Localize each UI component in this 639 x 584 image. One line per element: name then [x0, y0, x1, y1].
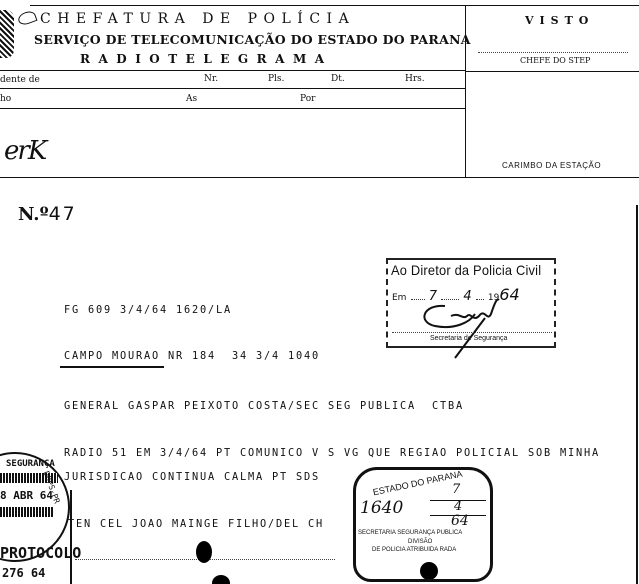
- nr-label: Nr.: [204, 74, 218, 84]
- message-origin: CAMPO MOURAO NR 184 34 3/4 1040: [64, 350, 320, 362]
- left-stamp-number: 276 64: [2, 566, 45, 580]
- coat-of-arms-icon: [0, 10, 14, 58]
- number-label: N.º: [18, 204, 49, 225]
- punch-hole-icon: [196, 541, 212, 563]
- carimbo-label: CARIMBO DA ESTAÇÃO: [502, 161, 601, 170]
- signature-line: [478, 52, 628, 53]
- stamp-sign-line: [392, 332, 552, 333]
- left-stamp-label: PROTOCOLO: [0, 544, 81, 562]
- hrs-label: Hrs.: [405, 74, 425, 84]
- seal-month: 4: [454, 499, 462, 514]
- seal-year: 64: [451, 513, 469, 529]
- header-title: RADIOTELEGRAMA: [80, 52, 333, 66]
- seal-line2: DIVISÃO: [408, 539, 432, 545]
- visto-divider: [465, 71, 639, 72]
- sender-label: dente de: [0, 75, 40, 85]
- routing-stamp-title: Ao Diretor da Policia Civil: [391, 262, 541, 278]
- as-label: As: [186, 94, 197, 104]
- por-label: Por: [300, 94, 315, 104]
- dt-label: Dt.: [331, 74, 345, 84]
- signature-scribble-icon: [415, 292, 510, 362]
- message-number: N.º47: [18, 203, 77, 225]
- message-body-line1: RADIO 51 EM 3/4/64 PT COMUNICO V S VG QU…: [64, 447, 600, 459]
- handwritten-initials: erK: [4, 136, 45, 166]
- origin-underline: [60, 366, 164, 368]
- message-addressee: GENERAL GASPAR PEIXOTO COSTA/SEC SEG PUB…: [64, 400, 464, 412]
- laurel-icon: [16, 9, 37, 26]
- number-value: 47: [49, 203, 77, 225]
- field-divider-2: [0, 108, 465, 109]
- message-signature: TEN CEL JOAO MAINGE FILHO/DEL CH: [68, 518, 324, 530]
- left-stamp-date: 8 ABR 64: [0, 489, 53, 502]
- right-page-border: [636, 205, 638, 584]
- seal-line3: DE POLICIA ATRIBUIDA RADA: [372, 547, 456, 553]
- punch-hole-icon: [212, 575, 230, 584]
- routing-stamp-footer: Secretaria de Segurança: [430, 335, 507, 342]
- seal-day: 7: [452, 482, 460, 497]
- message-body-line2: JURISDICAO CONTINUA CALMA PT SDS: [64, 471, 320, 483]
- header-divider: [0, 70, 465, 71]
- left-stamp-pattern-2: [0, 507, 54, 517]
- left-stamp-border: [70, 490, 72, 584]
- date-prefix: Em: [392, 293, 406, 303]
- seal-line1: SECRETARIA SEGURANÇA PUBLICA: [358, 530, 462, 536]
- header-line1: CHEFATURA DE POLÍCIA: [40, 11, 355, 27]
- message-reference: FG 609 3/4/64 1620/LA: [64, 304, 232, 316]
- to-label: ho: [0, 94, 11, 104]
- chefe-label: CHEFE DO STEP: [520, 56, 590, 65]
- top-border: [30, 5, 639, 6]
- visto-title: VISTO: [525, 14, 594, 27]
- header-line2: SERVIÇO DE TELECOMUNICAÇÃO DO ESTADO DO …: [34, 32, 471, 47]
- form-bottom-border: [0, 177, 639, 178]
- seal-time: 1640: [360, 498, 403, 518]
- field-divider: [0, 88, 465, 89]
- visto-box-left-border: [465, 5, 466, 177]
- left-stamp-top: SEGURANÇA: [6, 459, 55, 469]
- pls-label: Pls.: [268, 74, 284, 84]
